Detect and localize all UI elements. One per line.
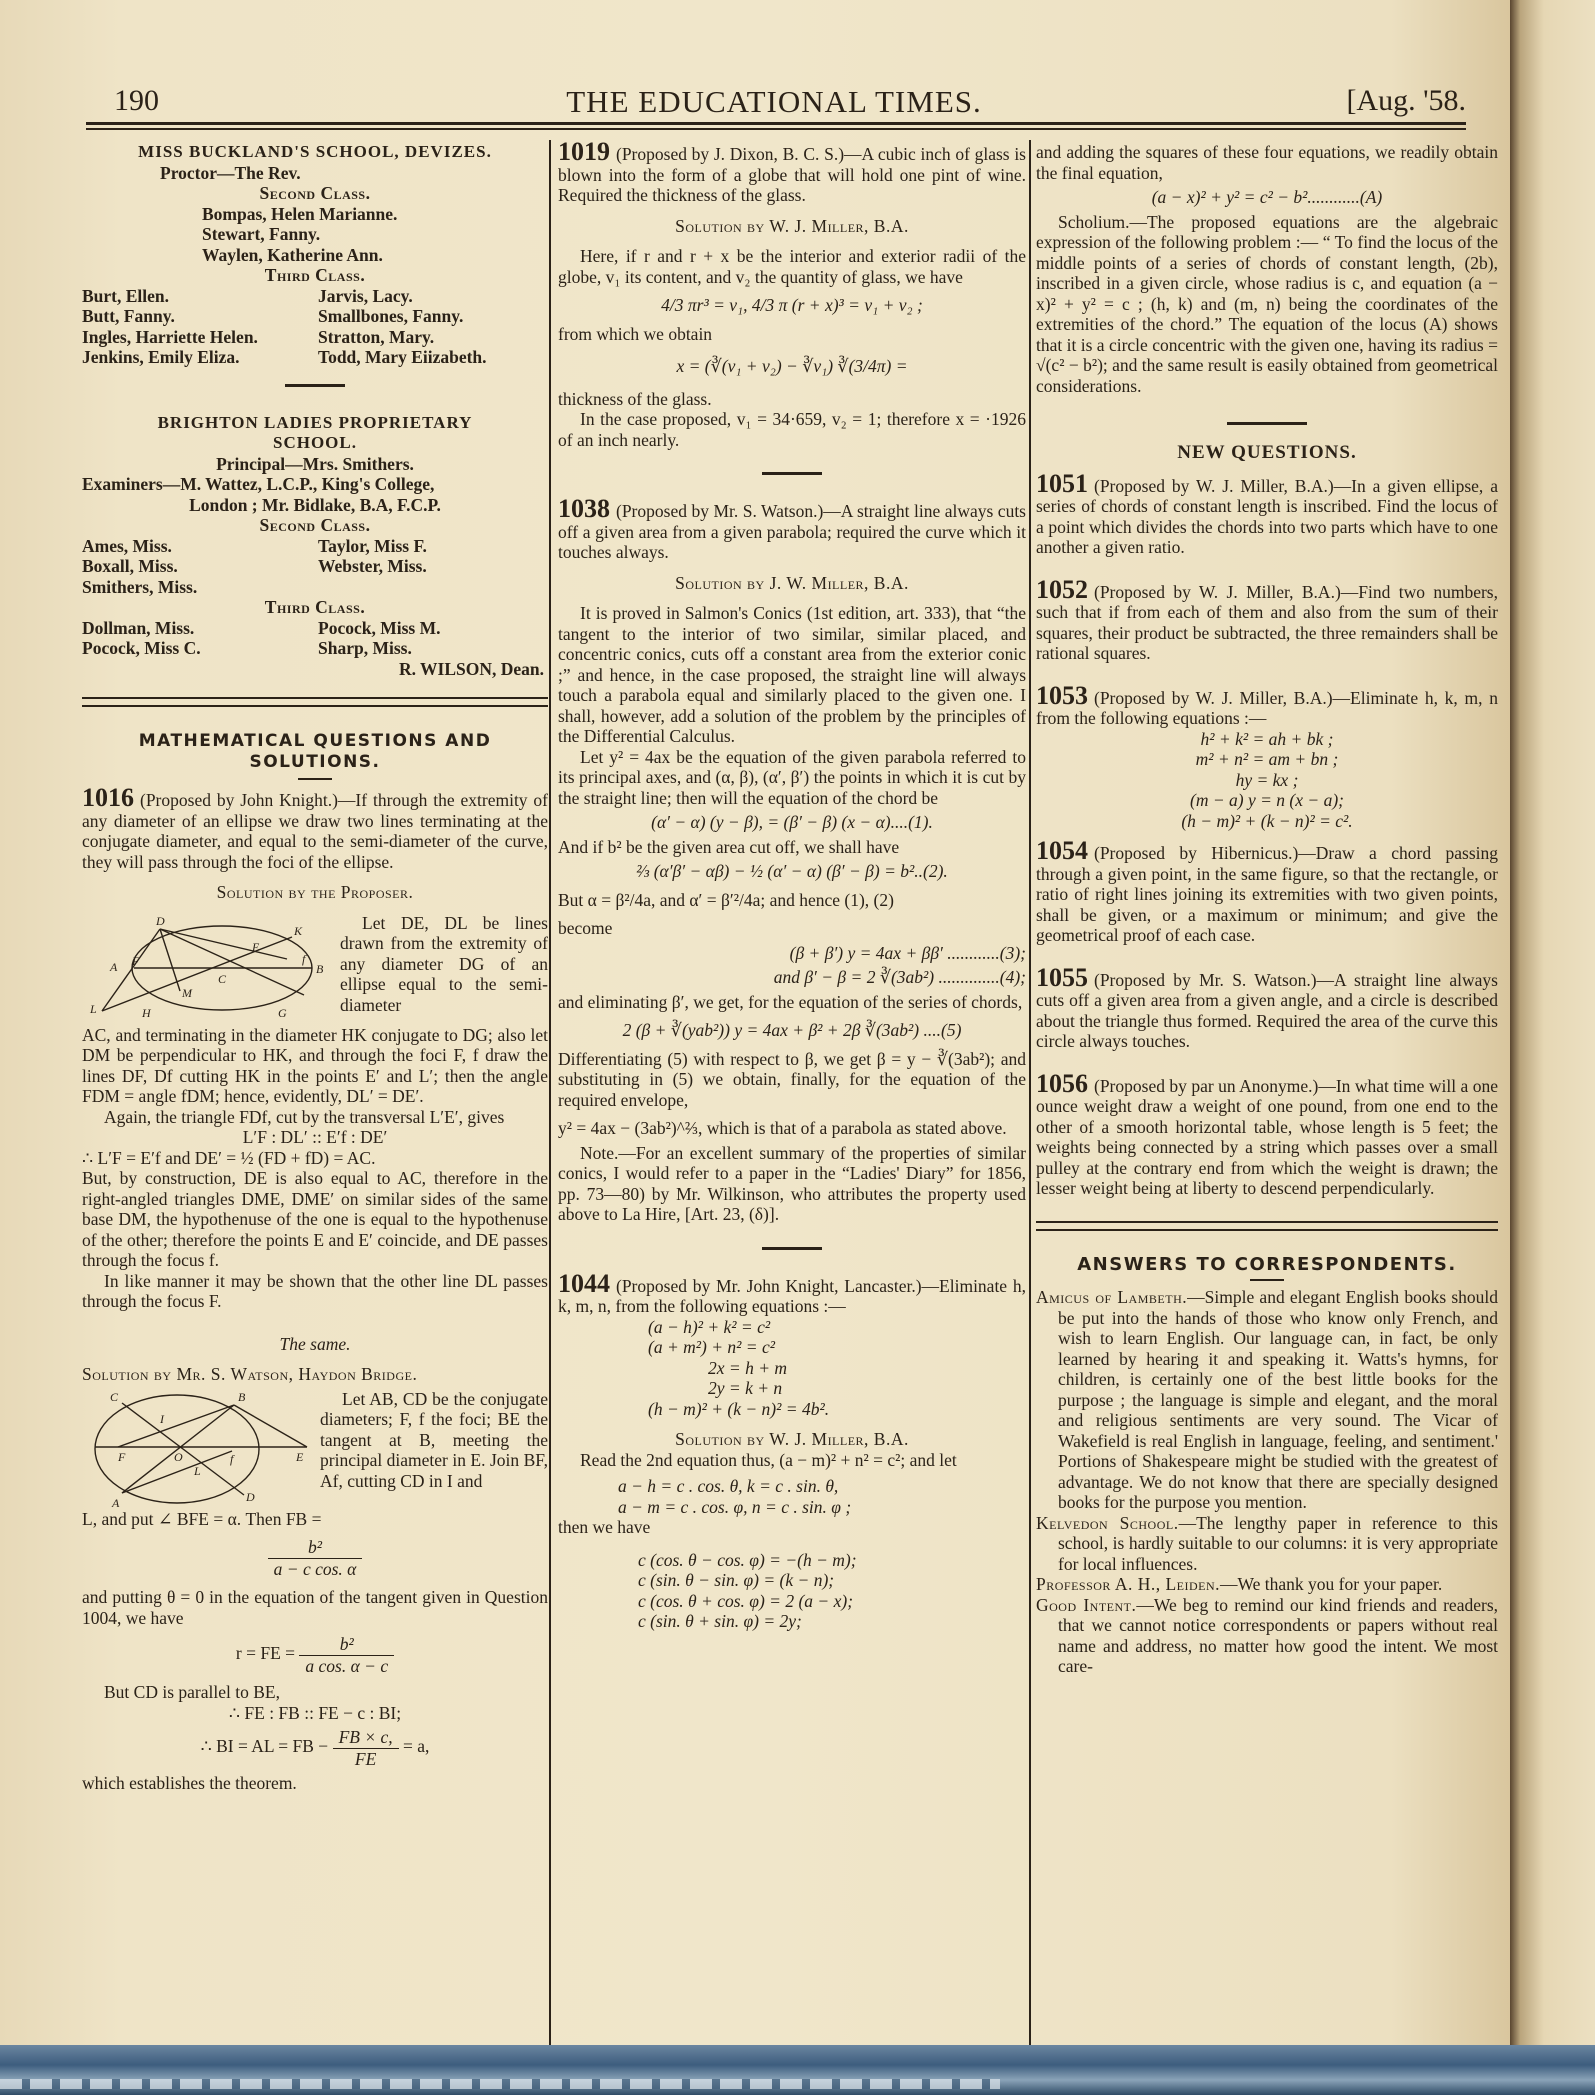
student-name: Stratton, Mary. bbox=[318, 327, 548, 348]
examiners: London ; Mr. Bidlake, B.A, F.C.P. bbox=[82, 495, 548, 516]
svg-text:A: A bbox=[111, 1496, 120, 1509]
svg-text:C: C bbox=[110, 1390, 119, 1404]
school-heading: MISS BUCKLAND'S SCHOOL, DEVIZES. bbox=[82, 142, 548, 163]
equation: 2y = k + n bbox=[648, 1378, 1026, 1399]
answer-item: Good Intent.—We beg to remind our kind f… bbox=[1036, 1595, 1498, 1677]
spacer bbox=[1036, 558, 1498, 580]
equation: (β + β′) y = 4ax + ββ′ ............(3); bbox=[558, 943, 1026, 964]
question-number: 1052 bbox=[1036, 575, 1088, 604]
equation-right: = a, bbox=[403, 1736, 429, 1756]
equation: 4/3 πr³ = v₁, 4/3 π (r + x)³ = v₁ + v₂ ; bbox=[558, 295, 1026, 316]
svg-text:I: I bbox=[159, 1412, 165, 1426]
book-bottom-edge bbox=[0, 2045, 1595, 2095]
svg-text:O: O bbox=[174, 1450, 183, 1464]
publication-title: THE EDUCATIONAL TIMES. bbox=[82, 84, 1466, 120]
paragraph: In like manner it may be shown that the … bbox=[82, 1271, 548, 1312]
subheading: The same. bbox=[82, 1334, 548, 1355]
solution-heading: Solution by W. J. Miller, B.A. bbox=[558, 1429, 1026, 1450]
student-name: Smallbones, Fanny. bbox=[318, 306, 548, 327]
equation: x = (∛(v₁ + v₂) − ∛v₁) ∛(3/4π) = bbox=[558, 356, 1026, 377]
question-text: (Proposed by par un Anonyme.)—In what ti… bbox=[1036, 1076, 1498, 1199]
equation-list: c (cos. θ − cos. φ) = −(h − m); c (sin. … bbox=[558, 1550, 1026, 1632]
equation: c (cos. θ − cos. φ) = −(h − m); bbox=[638, 1550, 1026, 1571]
paragraph: But α = β²/4a, and α′ = β′²/4a; and henc… bbox=[558, 890, 1026, 911]
column-3: and adding the squares of these four equ… bbox=[1036, 142, 1498, 1677]
figure-block: C B I F O f E L A D Let AB, CD be the co… bbox=[82, 1389, 548, 1509]
note: Note.—For an excellent summary of the pr… bbox=[558, 1143, 1026, 1225]
ellipse-diagram-1: D K E A F f B C M L H G bbox=[82, 913, 332, 1025]
spacer bbox=[558, 563, 1026, 573]
equation: 2 (β + ∛(yab²)) y = 4ax + β² + 2β ∛(3ab²… bbox=[558, 1020, 1026, 1041]
correspondent-name: Professor A. H., Leiden. bbox=[1036, 1574, 1220, 1594]
fraction: b²a − c cos. α bbox=[268, 1537, 363, 1579]
section-rule bbox=[1036, 1221, 1498, 1231]
svg-text:F: F bbox=[131, 954, 140, 968]
numerator: b² bbox=[268, 1537, 363, 1559]
issue-date: [Aug. '58. bbox=[1346, 84, 1466, 118]
equation-left: ∴ BI = AL = FB − bbox=[201, 1736, 329, 1756]
masthead: 190 THE EDUCATIONAL TIMES. [Aug. '58. bbox=[82, 84, 1466, 124]
student-name: Dollman, Miss. bbox=[82, 618, 312, 639]
svg-text:C: C bbox=[218, 972, 227, 986]
paragraph: L, and put ∠ BFE = α. Then FB = bbox=[82, 1509, 548, 1530]
name-list: Burt, Ellen. Jarvis, Lacy. Butt, Fanny. … bbox=[82, 286, 548, 368]
spacer bbox=[558, 206, 1026, 216]
question-text: (Proposed by Mr. John Knight, Lancaster.… bbox=[558, 1276, 1026, 1317]
figure-caption-text: Let DE, DL be lines drawn from the extre… bbox=[340, 913, 548, 1016]
paragraph: then we have bbox=[558, 1517, 1026, 1538]
equation: a − h = c . cos. θ, k = c . sin. θ, bbox=[558, 1476, 1026, 1497]
svg-text:K: K bbox=[293, 924, 303, 938]
solution-heading: Solution by Mr. S. Watson, Haydon Bridge… bbox=[82, 1364, 548, 1385]
student-name: Stewart, Fanny. bbox=[202, 224, 548, 245]
question-number: 1016 bbox=[82, 783, 134, 812]
svg-text:D: D bbox=[155, 914, 165, 928]
spacer bbox=[82, 721, 548, 731]
section-heading: NEW QUESTIONS. bbox=[1036, 443, 1498, 464]
question-text: (Proposed by W. J. Miller, B.A.)—In a gi… bbox=[1036, 476, 1498, 558]
question-number: 1038 bbox=[558, 494, 610, 523]
answer-item: Amicus of Lambeth.—Simple and elegant En… bbox=[1036, 1287, 1498, 1513]
equation-list: (a − h)² + k² = c² (a + m²) + n² = c² 2x… bbox=[558, 1317, 1026, 1420]
equation: c (sin. θ − sin. φ) = (k − n); bbox=[638, 1570, 1026, 1591]
question-1051: 1051(Proposed by W. J. Miller, B.A.)—In … bbox=[1036, 474, 1498, 558]
equation: 2x = h + m bbox=[648, 1358, 1026, 1379]
answer-item: Professor A. H., Leiden.—We thank you fo… bbox=[1036, 1574, 1498, 1595]
spacer bbox=[558, 236, 1026, 246]
spacer bbox=[1036, 664, 1498, 686]
student-name: Taylor, Miss F. bbox=[318, 536, 548, 557]
spacer bbox=[558, 1419, 1026, 1429]
adjacent-page-edge bbox=[1510, 0, 1595, 2045]
svg-text:E: E bbox=[295, 1450, 304, 1464]
question-number: 1019 bbox=[558, 137, 610, 166]
section-heading: SOLUTIONS. bbox=[82, 752, 548, 773]
paragraph: AC, and terminating in the diameter HK c… bbox=[82, 1025, 548, 1107]
paragraph: It is proved in Salmon's Conics (1st edi… bbox=[558, 603, 1026, 747]
fraction-equation: b²a − c cos. α bbox=[82, 1537, 548, 1579]
fraction: FB × c,FE bbox=[333, 1727, 399, 1769]
question-1052: 1052(Proposed by W. J. Miller, B.A.)—Fin… bbox=[1036, 580, 1498, 664]
student-name: Ingles, Harriette Helen. bbox=[82, 327, 312, 348]
class-heading: Third Class. bbox=[82, 597, 548, 618]
separator bbox=[285, 384, 345, 387]
equation-list: h² + k² = ah + bk ; m² + n² = am + bn ; … bbox=[1036, 729, 1498, 832]
svg-text:M: M bbox=[181, 986, 193, 1000]
equation: (a − h)² + k² = c² bbox=[648, 1317, 1026, 1338]
paragraph: and eliminating β′, we get, for the equa… bbox=[558, 992, 1026, 1013]
answer-item: Kelvedon School.—The lengthy paper in re… bbox=[1036, 1513, 1498, 1575]
class-heading: Second Class. bbox=[82, 515, 548, 536]
spacer bbox=[82, 903, 548, 913]
svg-text:L: L bbox=[89, 1002, 97, 1016]
correspondent-name: Kelvedon School. bbox=[1036, 1513, 1179, 1533]
student-name: Jarvis, Lacy. bbox=[318, 286, 548, 307]
student-name: Burt, Ellen. bbox=[82, 286, 312, 307]
correspondent-name: Amicus of Lambeth. bbox=[1036, 1287, 1187, 1307]
question-number: 1055 bbox=[1036, 963, 1088, 992]
question-1019: 1019(Proposed by J. Dixon, B. C. S.)—A c… bbox=[558, 142, 1026, 206]
answer-text: —Simple and elegant English books should… bbox=[1058, 1287, 1498, 1512]
numerator: b² bbox=[299, 1634, 394, 1656]
equation: (α′ − α) (y − β), = (β′ − β) (x − α)....… bbox=[558, 812, 1026, 833]
question-1038: 1038(Proposed by Mr. S. Watson.)—A strai… bbox=[558, 499, 1026, 563]
proctor: Proctor—The Rev. bbox=[82, 163, 548, 184]
figure-block: D K E A F f B C M L H G Let DE, DL be li… bbox=[82, 913, 548, 1025]
student-name: Butt, Fanny. bbox=[82, 306, 312, 327]
question-text: (Proposed by W. J. Miller, B.A.)—Elimina… bbox=[1036, 688, 1498, 729]
svg-text:D: D bbox=[245, 1490, 255, 1504]
question-number: 1044 bbox=[558, 1269, 610, 1298]
student-name: Pocock, Miss M. bbox=[318, 618, 548, 639]
paragraph: from which we obtain bbox=[558, 324, 1026, 345]
question-1016: 1016(Proposed by John Knight.)—If throug… bbox=[82, 788, 548, 872]
spacer bbox=[82, 1312, 548, 1334]
question-1056: 1056(Proposed by par un Anonyme.)—In wha… bbox=[1036, 1074, 1498, 1199]
student-name: Jenkins, Emily Eliza. bbox=[82, 347, 312, 368]
ellipse-diagram-2: C B I F O f E L A D bbox=[82, 1389, 312, 1509]
denominator: a − c cos. α bbox=[268, 1559, 363, 1580]
student-name: Todd, Mary Eiizabeth. bbox=[318, 347, 548, 368]
name-list: Dollman, Miss. Pocock, Miss M. Pocock, M… bbox=[82, 618, 548, 659]
paragraph: Differentiating (5) with respect to β, w… bbox=[558, 1049, 1026, 1111]
student-name: Pocock, Miss C. bbox=[82, 638, 312, 659]
solution-heading: Solution by W. J. Miller, B.A. bbox=[558, 216, 1026, 237]
student-name bbox=[318, 577, 548, 598]
svg-text:f: f bbox=[302, 952, 307, 966]
separator bbox=[1227, 422, 1307, 425]
paragraph: and adding the squares of these four equ… bbox=[1036, 142, 1498, 183]
question-number: 1053 bbox=[1036, 681, 1088, 710]
class-heading: Second Class. bbox=[82, 183, 548, 204]
column-1: MISS BUCKLAND'S SCHOOL, DEVIZES. Proctor… bbox=[82, 142, 548, 1794]
svg-text:f: f bbox=[230, 1452, 235, 1466]
paragraph: But, by construction, DE is also equal t… bbox=[82, 1168, 548, 1271]
spacer bbox=[1036, 464, 1498, 474]
question-number: 1054 bbox=[1036, 836, 1088, 865]
question-1055: 1055(Proposed by Mr. S. Watson.)—A strai… bbox=[1036, 968, 1498, 1052]
student-name: Boxall, Miss. bbox=[82, 556, 312, 577]
svg-text:B: B bbox=[238, 1390, 246, 1404]
equation: (m − a) y = n (x − a); bbox=[1036, 790, 1498, 811]
equation: L′F : DL′ :: E′f : DE′ bbox=[82, 1127, 548, 1148]
equation: c (sin. θ + sin. φ) = 2y; bbox=[638, 1611, 1026, 1632]
student-name: Waylen, Katherine Ann. bbox=[202, 245, 548, 266]
student-name: Smithers, Miss. bbox=[82, 577, 312, 598]
name-list: Ames, Miss. Taylor, Miss F. Boxall, Miss… bbox=[82, 536, 548, 598]
numerator: FB × c, bbox=[333, 1727, 399, 1749]
fraction: b²a cos. α − c bbox=[299, 1634, 394, 1676]
edge-pattern bbox=[0, 2079, 1000, 2089]
column-2: 1019(Proposed by J. Dixon, B. C. S.)—A c… bbox=[558, 142, 1026, 1632]
svg-text:B: B bbox=[316, 962, 324, 976]
column-divider-1 bbox=[549, 140, 551, 2045]
spacer bbox=[1036, 1245, 1498, 1255]
equation: (a − x)² + y² = c² − b²............(A) bbox=[1036, 187, 1498, 208]
equation: a − m = c . cos. φ, n = c . sin. φ ; bbox=[558, 1497, 1026, 1518]
question-text: (Proposed by W. J. Miller, B.A.)—Find tw… bbox=[1036, 582, 1498, 664]
paragraph: Again, the triangle FDf, cut by the tran… bbox=[82, 1107, 548, 1128]
question-number: 1056 bbox=[1036, 1069, 1088, 1098]
separator bbox=[762, 472, 822, 475]
question-1053: 1053(Proposed by W. J. Miller, B.A.)—Eli… bbox=[1036, 686, 1498, 729]
header-rule bbox=[86, 122, 1466, 130]
equation: m² + n² = am + bn ; bbox=[1036, 749, 1498, 770]
school-heading: SCHOOL. bbox=[82, 433, 548, 454]
separator bbox=[298, 778, 332, 780]
student-name: Sharp, Miss. bbox=[318, 638, 548, 659]
svg-text:E: E bbox=[251, 940, 260, 954]
equation: (h − m)² + (k − n)² = 4b². bbox=[648, 1399, 1026, 1420]
separator bbox=[1250, 1279, 1284, 1281]
svg-text:A: A bbox=[109, 960, 118, 974]
school-heading: BRIGHTON LADIES PROPRIETARY bbox=[82, 413, 548, 434]
name-list: Bompas, Helen Marianne. Stewart, Fanny. … bbox=[82, 204, 548, 266]
spacer bbox=[82, 1354, 548, 1364]
paragraph: In the case proposed, v₁ = 34·659, v₂ = … bbox=[558, 409, 1026, 450]
equation: ⅔ (α′β′ − αβ) − ½ (α′ − α) (β′ − β) = b²… bbox=[558, 861, 1026, 882]
equation: h² + k² = ah + bk ; bbox=[1036, 729, 1498, 750]
spacer bbox=[1036, 1052, 1498, 1074]
question-text: (Proposed by Mr. S. Watson.)—A straight … bbox=[1036, 970, 1498, 1052]
student-name: Ames, Miss. bbox=[82, 536, 312, 557]
paragraph: But CD is parallel to BE, bbox=[82, 1682, 548, 1703]
question-text: (Proposed by J. Dixon, B. C. S.)—A cubic… bbox=[558, 144, 1026, 205]
paragraph: Here, if r and r + x be the interior and… bbox=[558, 246, 1026, 287]
fraction-equation: r = FE = b²a cos. α − c bbox=[82, 1634, 548, 1676]
paragraph: thickness of the glass. bbox=[558, 389, 1026, 410]
student-name: Bompas, Helen Marianne. bbox=[202, 204, 548, 225]
equation: ∴ L′F = E′f and DE′ = ½ (FD + fD) = AC. bbox=[82, 1148, 548, 1169]
section-rule bbox=[82, 697, 548, 707]
solution-heading: Solution by the Proposer. bbox=[82, 882, 548, 903]
figure-caption-text: Let AB, CD be the conjugate diameters; F… bbox=[320, 1389, 548, 1492]
svg-text:H: H bbox=[141, 1006, 152, 1020]
question-number: 1051 bbox=[1036, 469, 1088, 498]
svg-text:L: L bbox=[193, 1464, 201, 1478]
paragraph: y² = 4ax − (3ab²)^⅔, which is that of a … bbox=[558, 1118, 1026, 1139]
denominator: FE bbox=[333, 1749, 399, 1770]
spacer bbox=[1036, 831, 1498, 841]
spacer bbox=[1036, 946, 1498, 968]
equation: (h − m)² + (k − n)² = c². bbox=[1036, 811, 1498, 832]
equation: and β′ − β = 2 ∛(3ab²) ..............(4)… bbox=[558, 967, 1026, 988]
spacer bbox=[82, 872, 548, 882]
paragraph: Read the 2nd equation thus, (a − m)² + n… bbox=[558, 1450, 1026, 1471]
svg-text:F: F bbox=[117, 1450, 126, 1464]
scholium: Scholium.—The proposed equations are the… bbox=[1036, 212, 1498, 397]
paragraph: And if b² be the given area cut off, we … bbox=[558, 837, 1026, 858]
question-text: (Proposed by Mr. S. Watson.)—A straight … bbox=[558, 501, 1026, 562]
paragraph: and putting θ = 0 in the equation of the… bbox=[82, 1587, 548, 1628]
question-text: (Proposed by John Knight.)—If through th… bbox=[82, 790, 548, 872]
paragraph: Let y² = 4ax be the equation of the give… bbox=[558, 747, 1026, 809]
svg-text:G: G bbox=[278, 1006, 287, 1020]
equation: c (cos. θ + cos. φ) = 2 (a − x); bbox=[638, 1591, 1026, 1612]
class-heading: Third Class. bbox=[82, 265, 548, 286]
question-1044: 1044(Proposed by Mr. John Knight, Lancas… bbox=[558, 1274, 1026, 1317]
question-text: (Proposed by Hibernicus.)—Draw a chord p… bbox=[1036, 843, 1498, 945]
signature: R. WILSON, Dean. bbox=[82, 659, 548, 680]
question-1054: 1054(Proposed by Hibernicus.)—Draw a cho… bbox=[1036, 841, 1498, 946]
paragraph: which establishes the theorem. bbox=[82, 1773, 548, 1794]
separator bbox=[762, 1247, 822, 1250]
equation: hy = kx ; bbox=[1036, 770, 1498, 791]
denominator: a cos. α − c bbox=[299, 1656, 394, 1677]
paragraph: become bbox=[558, 918, 1026, 939]
spacer bbox=[558, 593, 1026, 603]
principal: Principal—Mrs. Smithers. bbox=[82, 454, 548, 475]
student-name: Webster, Miss. bbox=[318, 556, 548, 577]
column-divider-2 bbox=[1029, 140, 1031, 2045]
equation: (a + m²) + n² = c² bbox=[648, 1337, 1026, 1358]
equation: ∴ FE : FB :: FE − c : BI; bbox=[82, 1703, 548, 1724]
equation-left: r = FE = bbox=[236, 1643, 295, 1663]
section-heading: ANSWERS TO CORRESPONDENTS. bbox=[1036, 1255, 1498, 1276]
solution-heading: Solution by J. W. Miller, B.A. bbox=[558, 573, 1026, 594]
answer-text: —We thank you for your paper. bbox=[1220, 1574, 1442, 1594]
examiners: Examiners—M. Wattez, L.C.P., King's Coll… bbox=[82, 474, 548, 495]
correspondent-name: Good Intent. bbox=[1036, 1595, 1136, 1615]
fraction-equation: ∴ BI = AL = FB − FB × c,FE = a, bbox=[82, 1727, 548, 1769]
section-heading: MATHEMATICAL QUESTIONS AND bbox=[82, 731, 548, 752]
